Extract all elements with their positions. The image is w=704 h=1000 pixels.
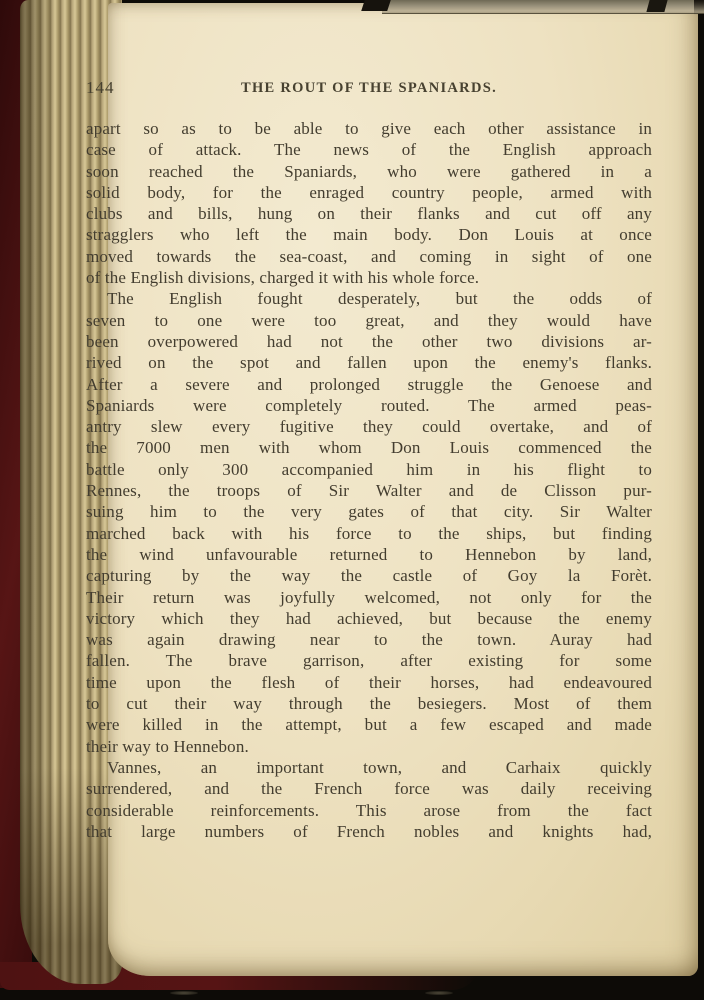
text-line: stragglers who left the main body. Don L…: [86, 224, 652, 245]
text-line: Rennes, the troops of Sir Walter and de …: [86, 480, 652, 501]
running-title: THE ROUT OF THE SPANIARDS.: [86, 80, 652, 97]
text-line: of the English divisions, charged it wit…: [86, 267, 652, 288]
text-line: time upon the flesh of their horses, had…: [86, 672, 652, 693]
text-line: been overpowered had not the other two d…: [86, 331, 652, 352]
text-line: apart so as to be able to give each othe…: [86, 118, 652, 139]
text-line: to cut their way through the besiegers. …: [86, 693, 652, 714]
text-line: were killed in the attempt, but a few es…: [86, 714, 652, 735]
text-line: battle only 300 accompanied him in his f…: [86, 459, 652, 480]
text-line: soon reached the Spaniards, who were gat…: [86, 161, 652, 182]
text-line: After a severe and prolonged struggle th…: [86, 374, 652, 395]
text-line: the 7000 men with whom Don Louis commenc…: [86, 437, 652, 458]
page-header-row: 144 THE ROUT OF THE SPANIARDS.: [86, 78, 652, 100]
text-line: Vannes, an important town, and Carhaix q…: [86, 757, 652, 778]
text-line: Spaniards were completely routed. The ar…: [86, 395, 652, 416]
body-text: apart so as to be able to give each othe…: [86, 118, 652, 842]
text-line: Their return was joyfully welcomed, not …: [86, 587, 652, 608]
book-scan-scene: 144 THE ROUT OF THE SPANIARDS. apart so …: [0, 0, 704, 1000]
text-line: The English fought desperately, but the …: [86, 288, 652, 309]
text-line: case of attack. The news of the English …: [86, 139, 652, 160]
text-line: was again drawing near to the town. Aura…: [86, 629, 652, 650]
text-line: suing him to the very gates of that city…: [86, 501, 652, 522]
text-line: seven to one were too great, and they wo…: [86, 310, 652, 331]
table-glint: [425, 991, 453, 995]
page-top-notch: [646, 0, 667, 12]
page-top-notch: [361, 0, 391, 11]
text-line: victory which they had achieved, but bec…: [86, 608, 652, 629]
text-line: that large numbers of French nobles and …: [86, 821, 652, 842]
text-line: capturing by the way the castle of Goy l…: [86, 565, 652, 586]
text-line: moved towards the sea-coast, and coming …: [86, 246, 652, 267]
text-line: considerable reinforcements. This arose …: [86, 800, 652, 821]
page-top-corner-shadow: [694, 0, 704, 15]
text-line: the wind unfavourable returned to Henneb…: [86, 544, 652, 565]
text-line: fallen. The brave garrison, after existi…: [86, 650, 652, 671]
page-text-block: 144 THE ROUT OF THE SPANIARDS. apart so …: [86, 78, 652, 842]
text-line: marched back with his force to the ships…: [86, 523, 652, 544]
table-glint: [170, 991, 198, 995]
text-line: surrendered, and the French force was da…: [86, 778, 652, 799]
text-line: rived on the spot and fallen upon the en…: [86, 352, 652, 373]
text-line: solid body, for the enraged country peop…: [86, 182, 652, 203]
text-line: antry slew every fugitive they could ove…: [86, 416, 652, 437]
text-line: their way to Hennebon.: [86, 736, 652, 757]
text-line: clubs and bills, hung on their flanks an…: [86, 203, 652, 224]
